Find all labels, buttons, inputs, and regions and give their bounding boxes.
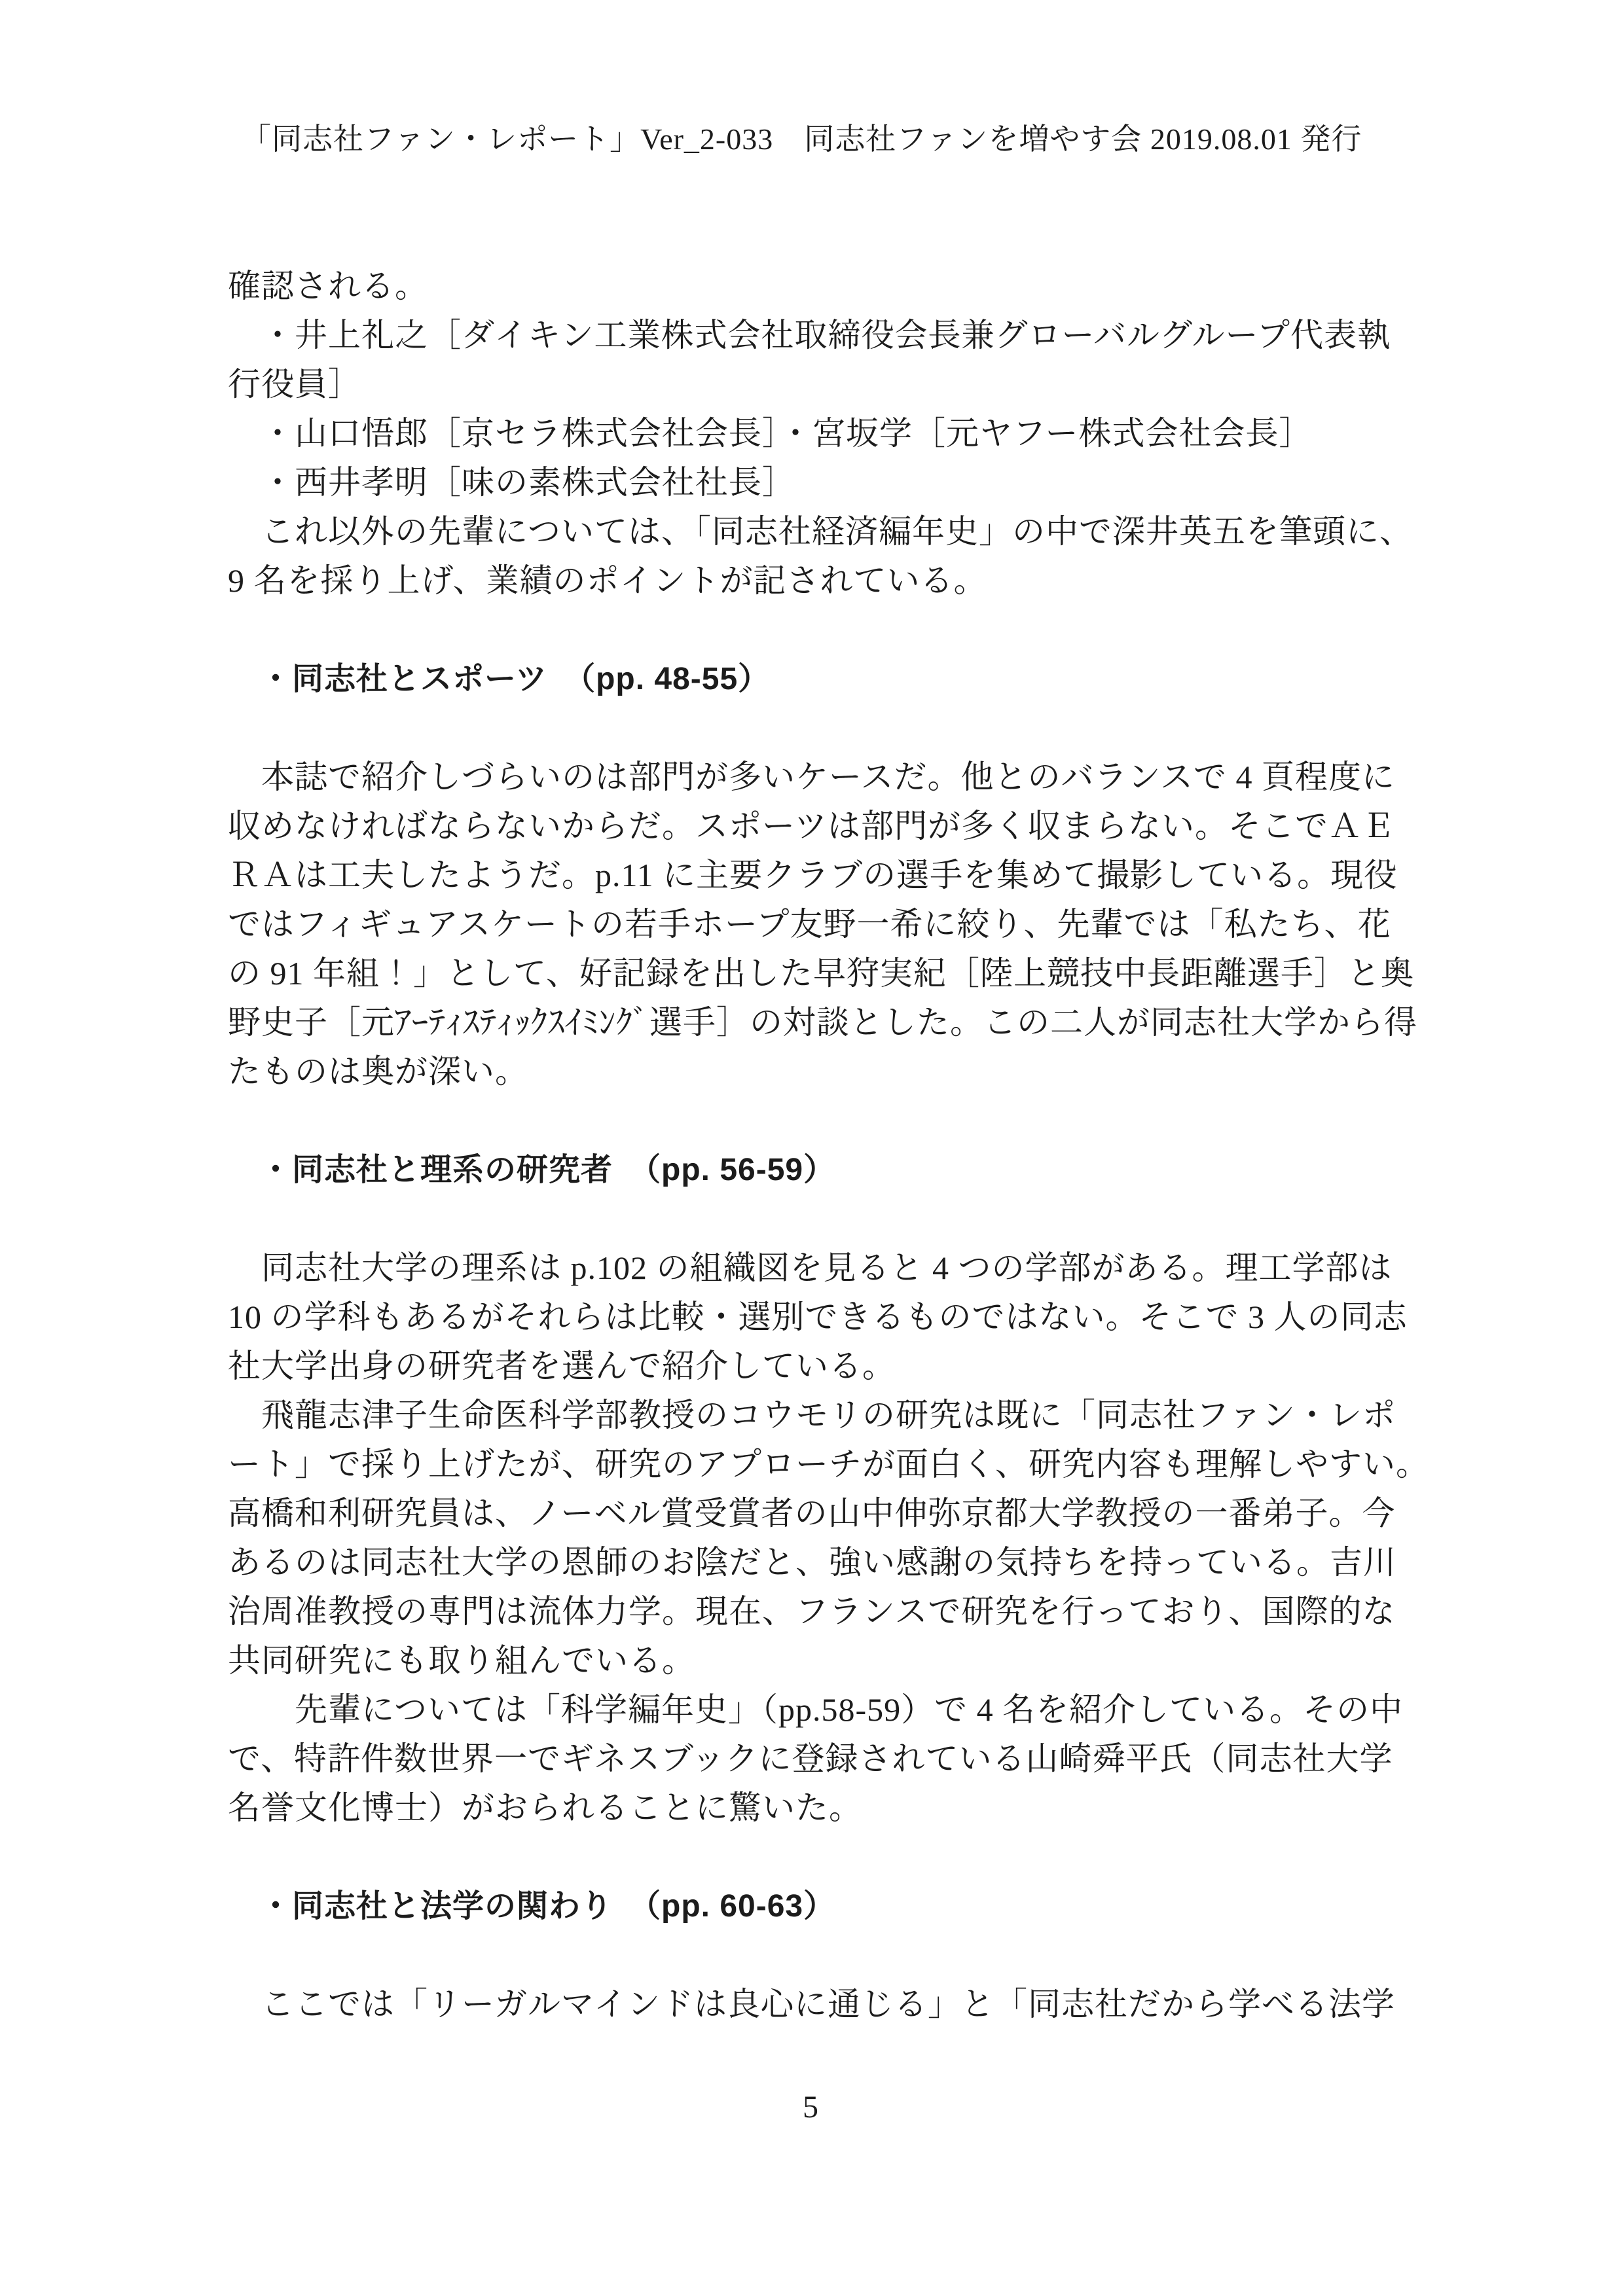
text-line: ではフィギュアスケートの若手ホープ友野一希に絞り、先輩では「私たち、花 <box>228 900 1406 949</box>
text-line: ・山口悟郎［京セラ株式会社会長］・宮坂学［元ヤフー株式会社会長］ <box>228 409 1406 458</box>
section-heading: ・同志社と理系の研究者 （pp. 56-59） <box>228 1145 1406 1194</box>
document-header: 「同志社ファン・レポート」Ver_2-033 同志社ファンを増やす会 2019.… <box>241 120 1362 159</box>
text-line: あるのは同志社大学の恩師のお陰だと、強い感謝の気持ちを持っている。吉川 <box>228 1538 1406 1587</box>
text-line: 先輩については「科学編年史」（pp.58-59）で 4 名を紹介している。その中 <box>228 1685 1406 1734</box>
text-line: 確認される。 <box>228 262 1406 311</box>
page-number: 5 <box>228 2088 1393 2127</box>
text-line: ＲＡは工夫したようだ。p.11 に主要クラブの選手を集めて撮影している。現役 <box>228 851 1406 900</box>
text-line: ・西井孝明［味の素株式会社社長］ <box>228 458 1406 507</box>
text-line: 9 名を採り上げ、業績のポイントが記されている。 <box>228 556 1406 605</box>
text-line: たものは奥が深い。 <box>228 1047 1406 1096</box>
text-line: 高橋和利研究員は、ノーベル賞受賞者の山中伸弥京都大学教授の一番弟子。今 <box>228 1489 1406 1538</box>
document-page: 「同志社ファン・レポート」Ver_2-033 同志社ファンを増やす会 2019.… <box>0 0 1623 2296</box>
text-line: これ以外の先輩については、「同志社経済編年史」の中で深井英五を筆頭に、 <box>228 507 1406 556</box>
text-line: の 91 年組！」として、好記録を出した早狩実紀［陸上競技中長距離選手］と奥 <box>228 949 1406 998</box>
text-line: 行役員］ <box>228 360 1406 409</box>
text-line: で、特許件数世界一でギネスブックに登録されている山崎舜平氏（同志社大学 <box>228 1734 1406 1784</box>
text-line: 本誌で紹介しづらいのは部門が多いケースだ。他とのバランスで 4 頁程度に <box>228 753 1406 802</box>
document-body: 確認される。 ・井上礼之［ダイキン工業株式会社取締役会長兼グローバルグループ代表… <box>228 262 1406 2029</box>
text-line: 飛龍志津子生命医科学部教授のコウモリの研究は既に「同志社ファン・レポ <box>228 1391 1406 1440</box>
text-line: 野史子［元ｱｰﾃｨｽﾃｨｯｸｽｲﾐﾝｸﾞ選手］の対談とした。この二人が同志社大学… <box>228 998 1406 1047</box>
text-line: 収めなければならないからだ。スポーツは部門が多く収まらない。そこでＡＥ <box>228 802 1406 851</box>
text-line: 10 の学科もあるがそれらは比較・選別できるものではない。そこで 3 人の同志 <box>228 1293 1406 1342</box>
text-line: ート」で採り上げたが、研究のアプローチが面白く、研究内容も理解しやすい。 <box>228 1440 1406 1489</box>
text-line: 治周准教授の専門は流体力学。現在、フランスで研究を行っており、国際的な <box>228 1587 1406 1636</box>
text-line: 名誉文化博士）がおられることに驚いた。 <box>228 1784 1406 1833</box>
text-line: 共同研究にも取り組んでいる。 <box>228 1636 1406 1685</box>
text-line: ・井上礼之［ダイキン工業株式会社取締役会長兼グローバルグループ代表執 <box>228 311 1406 360</box>
text-line: 同志社大学の理系は p.102 の組織図を見ると 4 つの学部がある。理工学部は <box>228 1244 1406 1293</box>
text-line: ここでは「リーガルマインドは良心に通じる」と「同志社だから学べる法学 <box>228 1980 1406 2029</box>
text-line: 社大学出身の研究者を選んで紹介している。 <box>228 1342 1406 1391</box>
section-heading: ・同志社とスポーツ （pp. 48-55） <box>228 655 1406 704</box>
section-heading: ・同志社と法学の関わり （pp. 60-63） <box>228 1882 1406 1931</box>
